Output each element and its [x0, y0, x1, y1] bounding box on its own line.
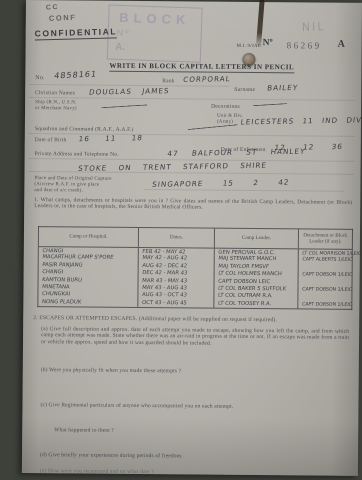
question-2a-text: (a) Give full description and approx. da…: [41, 326, 349, 348]
block-stamp-word: BLOCK: [119, 10, 191, 27]
camp-col-header: Camp or Hospital.: [38, 227, 138, 248]
address-value-line1: 47 BALFOUR ST HANLEY: [167, 147, 306, 158]
camp-table-header: Camp or Hospital. Dates. Camp Leader. De…: [38, 227, 352, 250]
case-letter: A: [338, 39, 345, 50]
ship-label-line2: or Merchant Navy): [35, 106, 77, 112]
partial-stamp-top: CC: [46, 4, 60, 12]
question-2d-text: (d) Give briefly your experiences during…: [40, 452, 340, 461]
service-no-value: 4858161: [54, 70, 98, 81]
camp-table-cell: LT COL TOOSEY R.A.: [213, 300, 298, 309]
unit-label-line1: Unit & Div.: [217, 114, 243, 120]
question-2c2-text: What happened to them ?: [54, 427, 334, 436]
partial-stamp-mid: CONF: [49, 13, 77, 23]
camp-table-cell: CAPT DOBSON 1/LEIC: [298, 272, 353, 280]
case-number: 86269: [287, 40, 322, 50]
camp-table-cell: OCT 43 - AUG 45: [137, 300, 214, 309]
decorations-value-dash: [253, 103, 287, 106]
block-number-stamp: BLOCK Nº A.: [107, 5, 203, 63]
block-stamp-letter: A.: [115, 42, 125, 53]
block-stamp-no: Nº: [117, 28, 131, 38]
capture-label-line3: and date of a/c crash).: [34, 188, 83, 194]
rank-value: CORPORAL: [183, 74, 232, 84]
questionnaire-sheet: CC CONF CONFIDENTIAL BLOCK Nº A. NIL M.I…: [22, 0, 362, 476]
question-1-text: 1. What camps, detachments or hospitals …: [34, 197, 352, 213]
question-2c-text: (c) Give Regimental particulars of anyon…: [40, 402, 340, 411]
surname-label: Surname: [234, 87, 255, 93]
christian-names-label: Christian Names: [35, 90, 75, 97]
leader-col-header: Camp Leader.: [214, 228, 298, 249]
decorations-label: Decorations: [211, 104, 240, 110]
date-of-birth-label: Date of Birth: [35, 137, 67, 143]
dates-col-header: Dates.: [138, 227, 214, 248]
mi9-label: M.I. 9/JAP.: [237, 44, 262, 49]
christian-names-value: DOUGLAS JAMES: [89, 86, 171, 96]
date-of-birth-value: 16 11 18: [78, 133, 143, 143]
service-no-label: No.: [35, 75, 44, 82]
scanned-pow-questionnaire-photo: CC CONF CONFIDENTIAL BLOCK Nº A. NIL M.I…: [0, 0, 362, 480]
question-2e-text: (e) How were you recaptured and on what …: [40, 468, 340, 477]
squadron-value-dash: [188, 124, 238, 130]
unit-value: LEICESTERS 11 IND DIV: [240, 115, 362, 126]
nil-pencil-note: NIL: [302, 20, 326, 34]
camp-table-body: CHANGIFEB 42 - MAY 42GEN PERCIVAL G.O.C.…: [38, 247, 353, 310]
detachment-col-header: Detachment or Block Leader (if any).: [298, 229, 352, 249]
camp-table-cell: CAPT DOBSON 1/LEIC: [297, 301, 352, 309]
address-label: Private Address and Telephone No.: [35, 151, 119, 158]
no-symbol: Nº: [263, 38, 273, 48]
ship-value-dash: [101, 104, 147, 108]
camp-table-row: NONG PLADUKOCT 43 - AUG 45LT COL TOOSEY …: [38, 299, 352, 310]
confidential-stamp: CONFIDENTIAL: [35, 26, 118, 40]
question-2b-text: (b) Were you physically fit when you mad…: [41, 367, 341, 376]
squadron-label: Squadron and Command (R.A.F., A.A.F.): [35, 126, 134, 133]
camp-table-cell: DEC 42 - MAR 43: [138, 270, 215, 278]
capture-value: SINGAPORE 15 2 42: [152, 178, 290, 189]
camp-table: Camp or Hospital. Dates. Camp Leader. De…: [37, 226, 353, 310]
block-capitals-instruction: WRITE IN BLOCK CAPITAL LETTERS IN PENCIL: [109, 62, 294, 74]
rank-label: Rank: [162, 78, 174, 84]
surname-value: BAILEY: [267, 83, 299, 93]
camp-table-cell: NONG PLADUK: [37, 299, 138, 308]
section-2-heading: 2. ESCAPES OR ATTEMPTED ESCAPES. (Additi…: [33, 315, 351, 324]
